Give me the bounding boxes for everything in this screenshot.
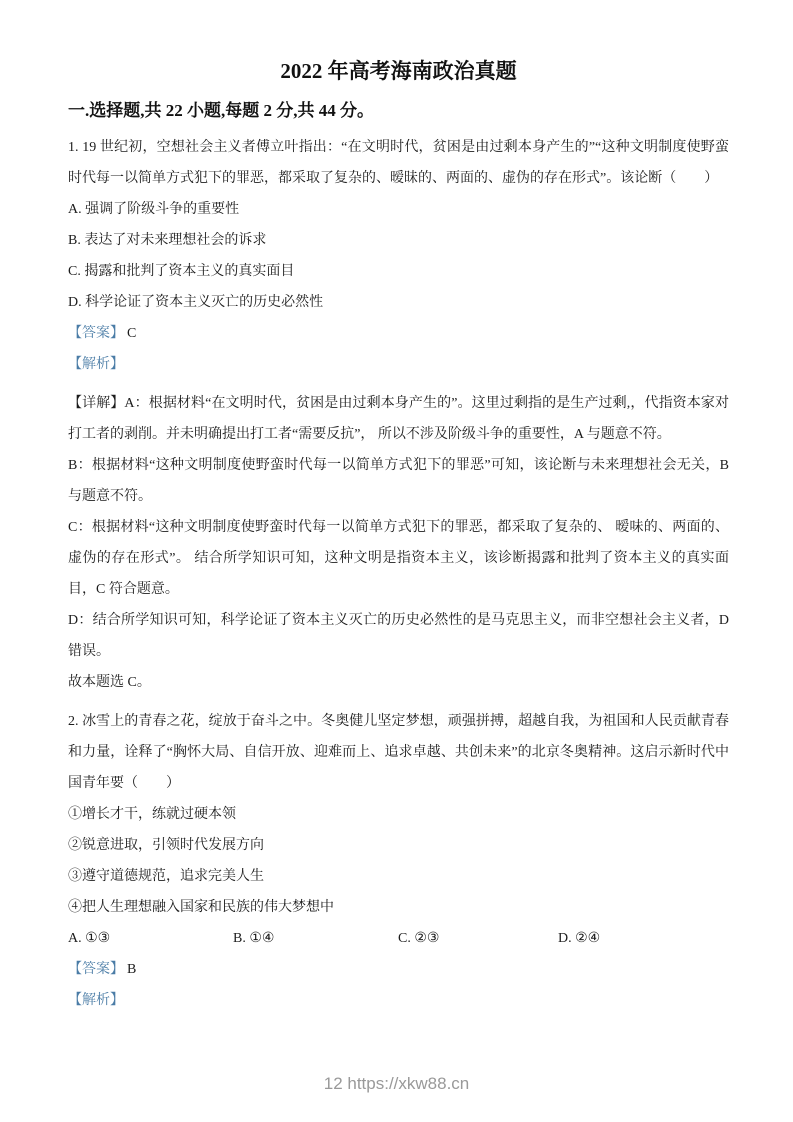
q1-detail-conclusion: 故本题选 C。 [68, 667, 729, 698]
q1-option-a: A. 强调了阶级斗争的重要性 [68, 194, 729, 225]
answer-label: 【答案】 [68, 326, 124, 341]
q2-answer-line: 【答案】B [68, 954, 729, 985]
q1-detail-paragraph-d: D：结合所学知识可知，科学论证了资本主义灭亡的历史必然性的是马克思主义，而非空想… [68, 605, 729, 667]
q1-option-c: C. 揭露和批判了资本主义的真实面目 [68, 256, 729, 287]
q2-item-1: ①增长才干，练就过硬本领 [68, 799, 729, 830]
q2-answer-value: B [127, 962, 136, 977]
q1-stem: 1. 19 世纪初，空想社会主义者傅立叶指出：“在文明时代，贫困是由过剩本身产生… [68, 132, 729, 194]
exam-document-page: 2022 年高考海南政治真题 一.选择题,共 22 小题,每题 2 分,共 44… [0, 0, 793, 1122]
q2-item-2: ②锐意进取，引领时代发展方向 [68, 830, 729, 861]
q2-stem: 2. 冰雪上的青春之花，绽放于奋斗之中。冬奥健儿坚定梦想，顽强拼搏，超越自我，为… [68, 706, 729, 799]
q2-item-4: ④把人生理想融入国家和民族的伟大梦想中 [68, 892, 729, 923]
q1-answer-line: 【答案】C [68, 318, 729, 349]
q1-analysis-line: 【解析】 [68, 349, 729, 380]
content-area: 2022 年高考海南政治真题 一.选择题,共 22 小题,每题 2 分,共 44… [68, 0, 729, 1016]
q1-detail-paragraph-b: B：根据材料“这种文明制度使野蛮时代每一以简单方式犯下的罪恶”可知，该论断与未来… [68, 450, 729, 512]
q1-detail-paragraph-c: C：根据材料“这种文明制度使野蛮时代每一以简单方式犯下的罪恶，都采取了复杂的、 … [68, 512, 729, 605]
q1-detail-paragraph-a: 【详解】A：根据材料“在文明时代，贫困是由过剩本身产生的”。这里过剩指的是生产过… [68, 388, 729, 450]
q2-option-d: D. ②④ [558, 923, 600, 954]
q2-option-b: B. ①④ [233, 923, 274, 954]
q2-option-a: A. ①③ [68, 923, 110, 954]
q2-analysis-line: 【解析】 [68, 985, 729, 1016]
q2-option-c: C. ②③ [398, 923, 439, 954]
page-footer: 12 https://xkw88.cn [0, 1074, 793, 1094]
q1-option-b: B. 表达了对未来理想社会的诉求 [68, 225, 729, 256]
section-heading: 一.选择题,共 22 小题,每题 2 分,共 44 分。 [68, 98, 729, 124]
analysis-label: 【解析】 [68, 357, 124, 372]
q2-options-row: A. ①③ B. ①④ C. ②③ D. ②④ [68, 923, 729, 954]
q1-option-d: D. 科学论证了资本主义灭亡的历史必然性 [68, 287, 729, 318]
analysis-label: 【解析】 [68, 993, 124, 1008]
q2-item-3: ③遵守道德规范，追求完美人生 [68, 861, 729, 892]
q1-answer-value: C [127, 326, 136, 341]
page-title: 2022 年高考海南政治真题 [68, 54, 729, 88]
answer-label: 【答案】 [68, 962, 124, 977]
